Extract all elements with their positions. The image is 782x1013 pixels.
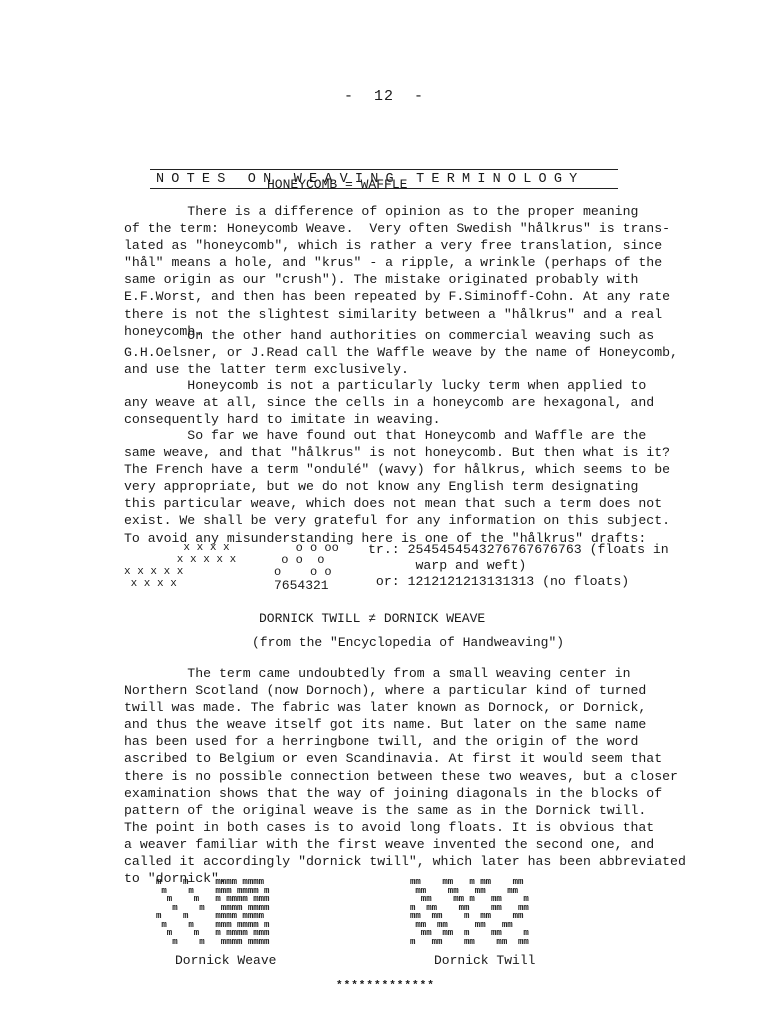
draft-tieup-pattern: x x x x x x x x x x x x x x x x x x bbox=[124, 542, 236, 590]
section-heading-dornick: DORNICK TWILL ≠ DORNICK WEAVE bbox=[259, 611, 485, 626]
paragraph-2: On the other hand authorities on commerc… bbox=[124, 327, 678, 378]
dornick-twill-caption: Dornick Twill bbox=[434, 953, 535, 968]
paragraph-dornick: The term came undoubtedly from a small w… bbox=[124, 665, 686, 887]
draft-threading-pattern: o o oo o o o o o o bbox=[274, 542, 339, 578]
page-number: - 12 - bbox=[344, 88, 424, 105]
section-heading-honeycomb: HONEYCOMB = WAFFLE bbox=[267, 177, 407, 192]
draft-threading-numbers: 7654321 bbox=[274, 578, 329, 593]
dornick-weave-diagram: m m mmmm mmmm m m mmm mmmm m m m m mmmm … bbox=[156, 878, 269, 946]
dornick-twill-diagram: mm mm m mm mm mm mm mm mm mm mm m mm m m… bbox=[410, 878, 529, 946]
paragraph-4: So far we have found out that Honeycomb … bbox=[124, 427, 670, 547]
page-title-block: NOTES ON WEAVING TERMINOLOGY bbox=[150, 133, 618, 207]
paragraph-1: There is a difference of opinion as to t… bbox=[124, 203, 670, 340]
section-subheading-source: (from the "Encyclopedia of Handweaving") bbox=[252, 635, 564, 650]
end-rule: ************* bbox=[336, 980, 435, 992]
draft-treadling-notes: tr.: 2545454543276767676763 (floats in w… bbox=[368, 542, 669, 590]
paragraph-3: Honeycomb is not a particularly lucky te… bbox=[124, 377, 654, 428]
dornick-weave-caption: Dornick Weave bbox=[175, 953, 276, 968]
